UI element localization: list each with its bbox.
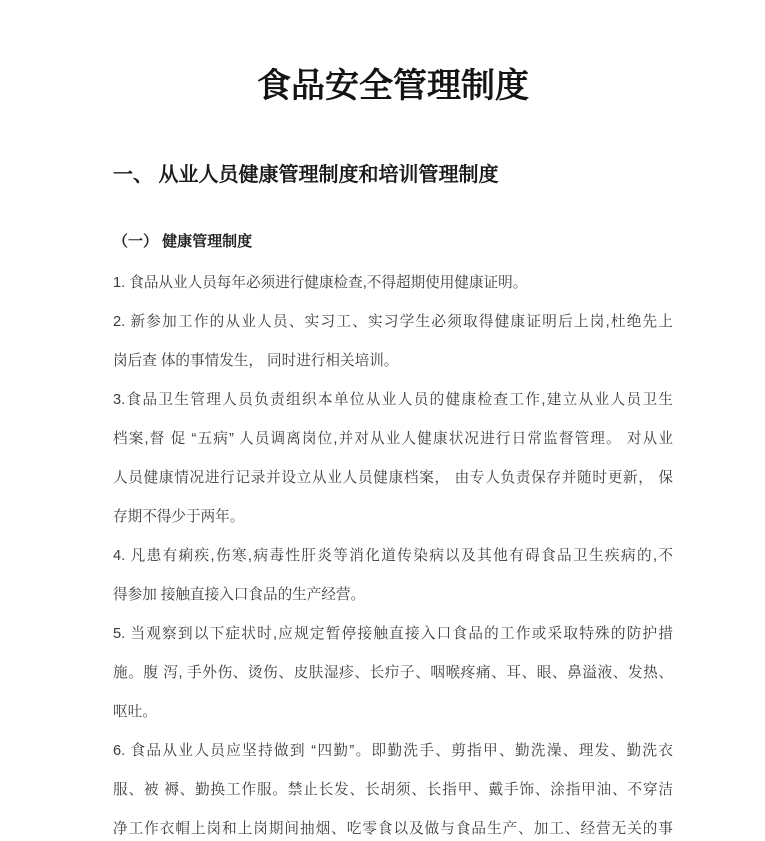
body-line: 2. 新参加工作的从业人员、实习工、实习学生必须取得健康证明后上岗,杜绝先上 [113,303,673,342]
body-line: 3.食品卫生管理人员负责组织本单位从业人员的健康检查工作,建立从业人员卫生 [113,381,673,420]
body-line: 呕吐。 [113,693,673,732]
body-line: 得参加 接触直接入口食品的生产经营。 [113,576,673,615]
body-line: 6. 食品从业人员应坚持做到 “四勤”。即勤洗手、剪指甲、勤洗澡、理发、勤洗衣 [113,732,673,771]
body-line: 5. 当观察到以下症状时,应规定暂停接触直接入口食品的工作或采取特殊的防护措 [113,615,673,654]
document-body: 1. 食品从业人员每年必须进行健康检查,不得超期使用健康证明。 2. 新参加工作… [113,264,673,841]
body-line: 服、被 褥、勤换工作服。禁止长发、长胡须、长指甲、戴手饰、涂指甲油、不穿洁 [113,771,673,810]
subsection-heading: （一） 健康管理制度 [113,231,673,253]
body-line: 人员健康情况进行记录并设立从业人员健康档案， 由专人负责保存并随时更新， 保 [113,459,673,498]
document-page: 食品安全管理制度 一、 从业人员健康管理制度和培训管理制度 （一） 健康管理制度… [0,0,765,841]
body-line: 1. 食品从业人员每年必须进行健康检查,不得超期使用健康证明。 [113,264,673,303]
body-line: 存期不得少于两年。 [113,498,673,537]
body-line: 净工作衣帽上岗和上岗期间抽烟、吃零食以及做与食品生产、加工、经营无关的事 [113,810,673,841]
section-heading: 一、 从业人员健康管理制度和培训管理制度 [113,161,713,189]
body-line: 施。腹 泻, 手外伤、烫伤、皮肤湿疹、长疖子、咽喉疼痛、耳、眼、鼻溢液、发热、 [113,654,673,693]
document-title: 食品安全管理制度 [113,63,673,109]
body-line: 4. 凡患有痢疾,伤寒,病毒性肝炎等消化道传染病以及其他有碍食品卫生疾病的,不 [113,537,673,576]
body-line: 岗后查 体的事情发生， 同时进行相关培训。 [113,342,673,381]
body-line: 档案,督 促 “五病” 人员调离岗位,并对从业人健康状况进行日常监督管理。 对从… [113,420,673,459]
